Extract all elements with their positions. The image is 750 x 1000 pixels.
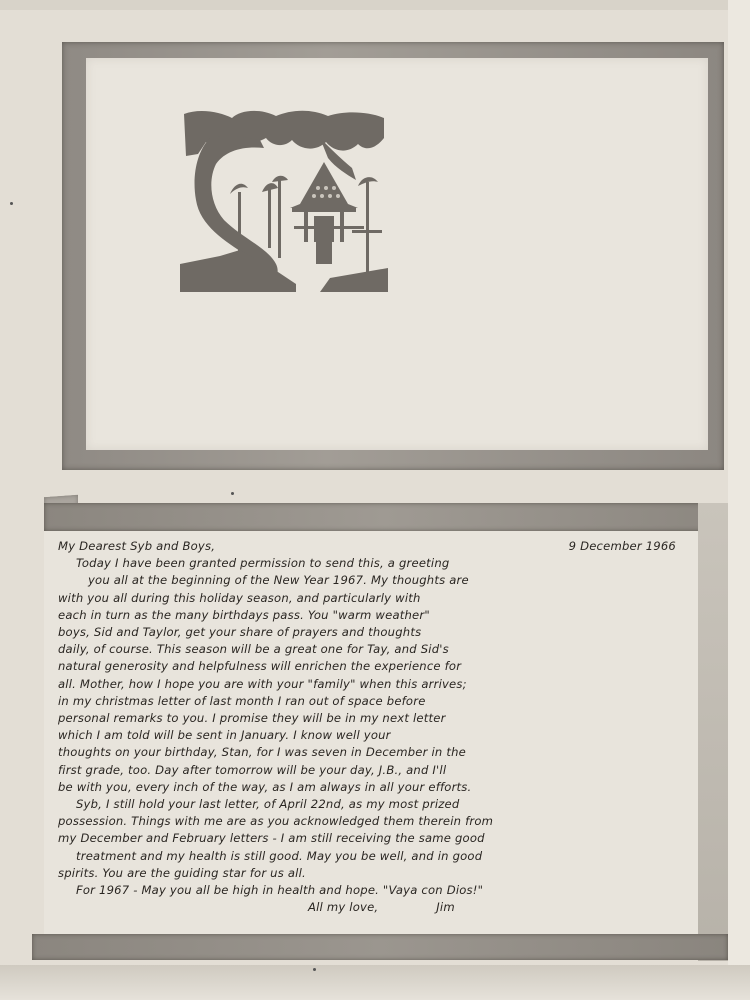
letter-line: you all at the beginning of the New Year…: [58, 572, 688, 589]
letter-line: in my christmas letter of last month I r…: [58, 693, 688, 710]
letter-line: with you all during this holiday season,…: [58, 590, 688, 607]
letter-line: natural generosity and helpfulness will …: [58, 658, 688, 675]
signature: Jim: [436, 899, 455, 916]
letter-line: my December and February letters - I am …: [58, 830, 688, 847]
frame-bottom-edge: [0, 965, 750, 1000]
letter-mat-right: [698, 503, 728, 961]
speck: [231, 492, 234, 495]
letter-line: spirits. You are the guiding star for us…: [58, 865, 688, 882]
letter-body: My Dearest Syb and Boys, 9 December 1966…: [58, 538, 688, 916]
letter-header-row: My Dearest Syb and Boys, 9 December 1966: [58, 538, 688, 555]
letter-line: treatment and my health is still good. M…: [58, 848, 688, 865]
letter-line: be with you, every inch of the way, as I…: [58, 779, 688, 796]
letter-date: 9 December 1966: [569, 538, 676, 555]
letter-closing-row: All my love, Jim: [58, 899, 688, 916]
letter-line: possession. Things with me are as you ac…: [58, 813, 688, 830]
letter-line: boys, Sid and Taylor, get your share of …: [58, 624, 688, 641]
letter-mat-bottom: [32, 934, 728, 960]
letter-line: all. Mother, how I hope you are with you…: [58, 676, 688, 693]
letter-line: Syb, I still hold your last letter, of A…: [58, 796, 688, 813]
letter-line: For 1967 - May you all be high in health…: [58, 882, 688, 899]
letter-line: thoughts on your birthday, Stan, for I w…: [58, 744, 688, 761]
tree-pagoda-illustration-icon: [180, 108, 388, 294]
speck: [10, 202, 13, 205]
letter-line: personal remarks to you. I promise they …: [58, 710, 688, 727]
letter-line: which I am told will be sent in January.…: [58, 727, 688, 744]
closing: All my love,: [308, 899, 378, 916]
frame-edge: [728, 0, 750, 1000]
letter-line: daily, of course. This season will be a …: [58, 641, 688, 658]
letter-mat-top: [44, 503, 726, 531]
letter-line: each in turn as the many birthdays pass.…: [58, 607, 688, 624]
letter-line: Today I have been granted permission to …: [58, 555, 688, 572]
salutation: My Dearest Syb and Boys,: [58, 538, 215, 555]
speck: [313, 968, 316, 971]
letter-line: first grade, too. Day after tomorrow wil…: [58, 762, 688, 779]
